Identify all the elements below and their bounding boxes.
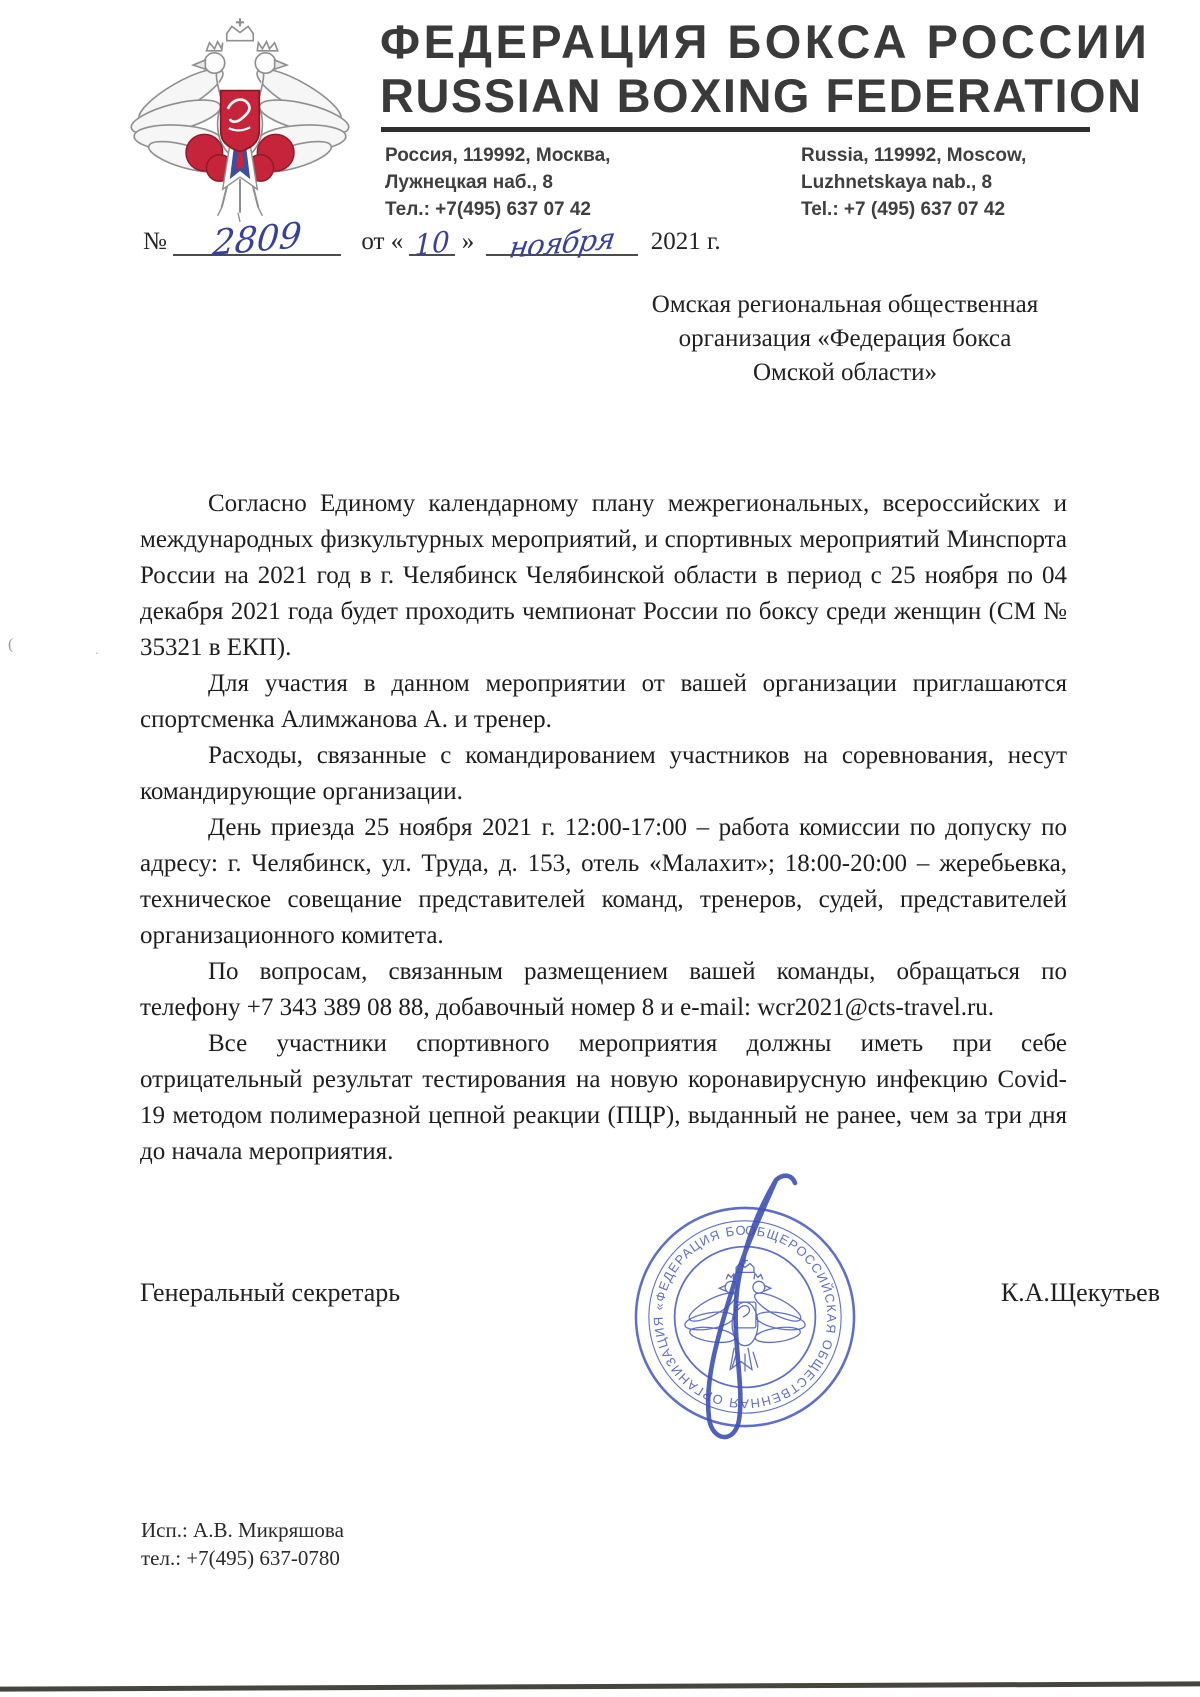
address-en-line: Luzhnetskaya nab., 8: [801, 169, 1026, 196]
doc-day-close-quote: »: [462, 228, 475, 255]
address-en-line: Tel.: +7 (495) 637 07 42: [801, 196, 1026, 223]
org-title-en: RUSSIAN BOXING FEDERATION: [380, 70, 1096, 122]
body-paragraph: Для участия в данном мероприятии от ваше…: [140, 666, 1067, 738]
recipient-line: Омская региональная общественная: [618, 288, 1072, 322]
address-en-line: Russia, 119992, Moscow,: [801, 142, 1026, 169]
address-ru-line: Россия, 119992, Москва,: [385, 142, 610, 169]
doc-date-prefix: от: [361, 228, 384, 255]
executor-name: Исп.: А.В. Микряшова: [141, 1516, 344, 1544]
address-block-ru: Россия, 119992, Москва, Лужнецкая наб., …: [385, 142, 610, 223]
doc-number-line: № 2809 от « 10 » ноября 2021 г.: [143, 226, 721, 256]
scan-artifact: (: [8, 636, 13, 654]
russian-boxing-federation-emblem: [128, 2, 352, 230]
letter-page: { "colors": { "emblem_red": "#c5243a", "…: [0, 0, 1200, 1697]
signer-name: К.А.Щекутьев: [1001, 1278, 1160, 1308]
scan-artifact: .: [95, 642, 98, 658]
recipient-block: Омская региональная общественная организ…: [618, 288, 1072, 390]
scan-edge-line: [0, 1681, 1200, 1691]
recipient-line: организация «Федерация бокса: [618, 322, 1072, 356]
executor-block: Исп.: А.В. Микряшова тел.: +7(495) 637-0…: [141, 1516, 344, 1572]
body-paragraph: День приезда 25 ноября 2021 г. 12:00-17:…: [140, 810, 1067, 954]
doc-year: 2021 г.: [651, 228, 721, 255]
org-title-ru: ФЕДЕРАЦИЯ БОКСА РОССИИ: [380, 16, 1096, 68]
doc-day-open-quote: «: [391, 228, 404, 255]
executor-phone: тел.: +7(495) 637-0780: [141, 1544, 344, 1572]
body-paragraph: По вопросам, связанным размещением вашей…: [140, 954, 1067, 1026]
letter-body: Согласно Единому календарному плану межр…: [140, 486, 1067, 1170]
address-ru-line: Тел.: +7(495) 637 07 42: [385, 196, 610, 223]
doc-month-handwritten: ноября: [507, 221, 617, 265]
body-paragraph: Расходы, связанные с командированием уча…: [140, 738, 1067, 810]
doc-day-underline: 10: [409, 226, 455, 256]
address-block-en: Russia, 119992, Moscow, Luzhnetskaya nab…: [801, 142, 1026, 223]
doc-month-underline: ноября: [486, 226, 638, 256]
body-paragraph: Все участники спортивного мероприятия до…: [140, 1026, 1067, 1170]
doc-day-handwritten: 10: [414, 225, 450, 263]
shield-st-george: [221, 91, 260, 152]
doc-number-label: №: [143, 228, 167, 255]
pen-signature: [618, 1168, 828, 1468]
body-paragraph: Согласно Единому календарному плану межр…: [140, 486, 1067, 666]
recipient-line: Омской области»: [618, 356, 1072, 390]
doc-number-handwritten: 2809: [211, 216, 303, 264]
address-ru-line: Лужнецкая наб., 8: [385, 169, 610, 196]
header-divider: [381, 127, 1090, 132]
doc-number-underline: 2809: [173, 226, 341, 256]
signer-role: Генеральный секретарь: [140, 1278, 400, 1308]
